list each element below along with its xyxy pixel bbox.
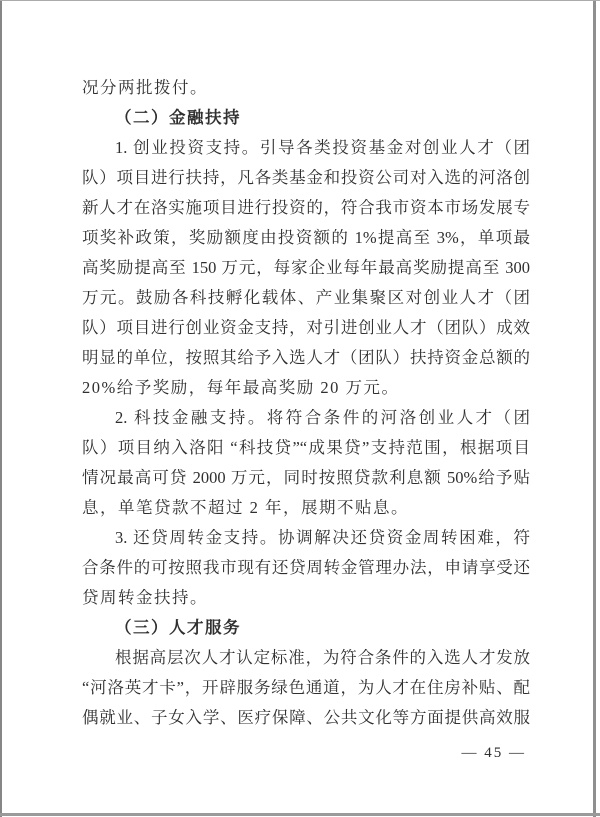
scan-edge-bottom: [0, 813, 600, 816]
text-line: 新人才在洛实施项目进行投资的，符合我市资本市场发展专: [82, 193, 530, 223]
text-line: 息，单笔贷款不超过 2 年，展期不贴息。: [82, 493, 530, 523]
section-heading: （二）金融扶持: [82, 103, 530, 133]
text-line: “河洛英才卡”，开辟服务绿色通道，为人才在住房补贴、配: [82, 673, 530, 703]
text-line: 1. 创业投资支持。引导各类投资基金对创业人才（团: [82, 133, 530, 163]
document-content: 况分两批拨付。（二）金融扶持1. 创业投资支持。引导各类投资基金对创业人才（团队…: [82, 73, 530, 733]
text-line: 2. 科技金融支持。将符合条件的河洛创业人才（团: [82, 403, 530, 433]
scan-edge-top: [0, 0, 600, 1]
text-line: 20%给予奖励，每年最高奖励 20 万元。: [82, 373, 530, 403]
text-line: 贷周转金扶持。: [82, 583, 530, 613]
text-line: 队）项目进行扶持，凡各类基金和投资公司对入选的河洛创: [82, 163, 530, 193]
text-line: 情况最高可贷 2000 万元，同时按照贷款利息额 50%给予贴: [82, 463, 530, 493]
scan-edge-left: [0, 0, 2, 817]
text-line: 偶就业、子女入学、医疗保障、公共文化等方面提供高效服: [82, 703, 530, 733]
text-line: 万元。鼓励各科技孵化载体、产业集聚区对创业人才（团: [82, 283, 530, 313]
document-page: 况分两批拨付。（二）金融扶持1. 创业投资支持。引导各类投资基金对创业人才（团队…: [0, 0, 600, 817]
text-line: 明显的单位，按照其给予入选人才（团队）扶持资金总额的: [82, 343, 530, 373]
text-line: 项奖补政策，奖励额度由投资额的 1%提高至 3%，单项最: [82, 223, 530, 253]
text-line: 3. 还贷周转金支持。协调解决还贷资金周转困难，符: [82, 523, 530, 553]
text-line: 况分两批拨付。: [82, 73, 530, 103]
scan-edge-right: [593, 0, 596, 817]
section-heading: （三）人才服务: [82, 613, 530, 643]
text-line: 高奖励提高至 150 万元，每家企业每年最高奖励提高至 300: [82, 253, 530, 283]
page-number: — 45 —: [82, 742, 526, 764]
text-line: 根据高层次人才认定标准，为符合条件的入选人才发放: [82, 643, 530, 673]
text-line: 队）项目纳入洛阳 “科技贷”“成果贷”支持范围，根据项目: [82, 433, 530, 463]
text-line: 队）项目进行创业资金支持，对引进创业人才（团队）成效: [82, 313, 530, 343]
text-line: 合条件的可按照我市现有还贷周转金管理办法，申请享受还: [82, 553, 530, 583]
